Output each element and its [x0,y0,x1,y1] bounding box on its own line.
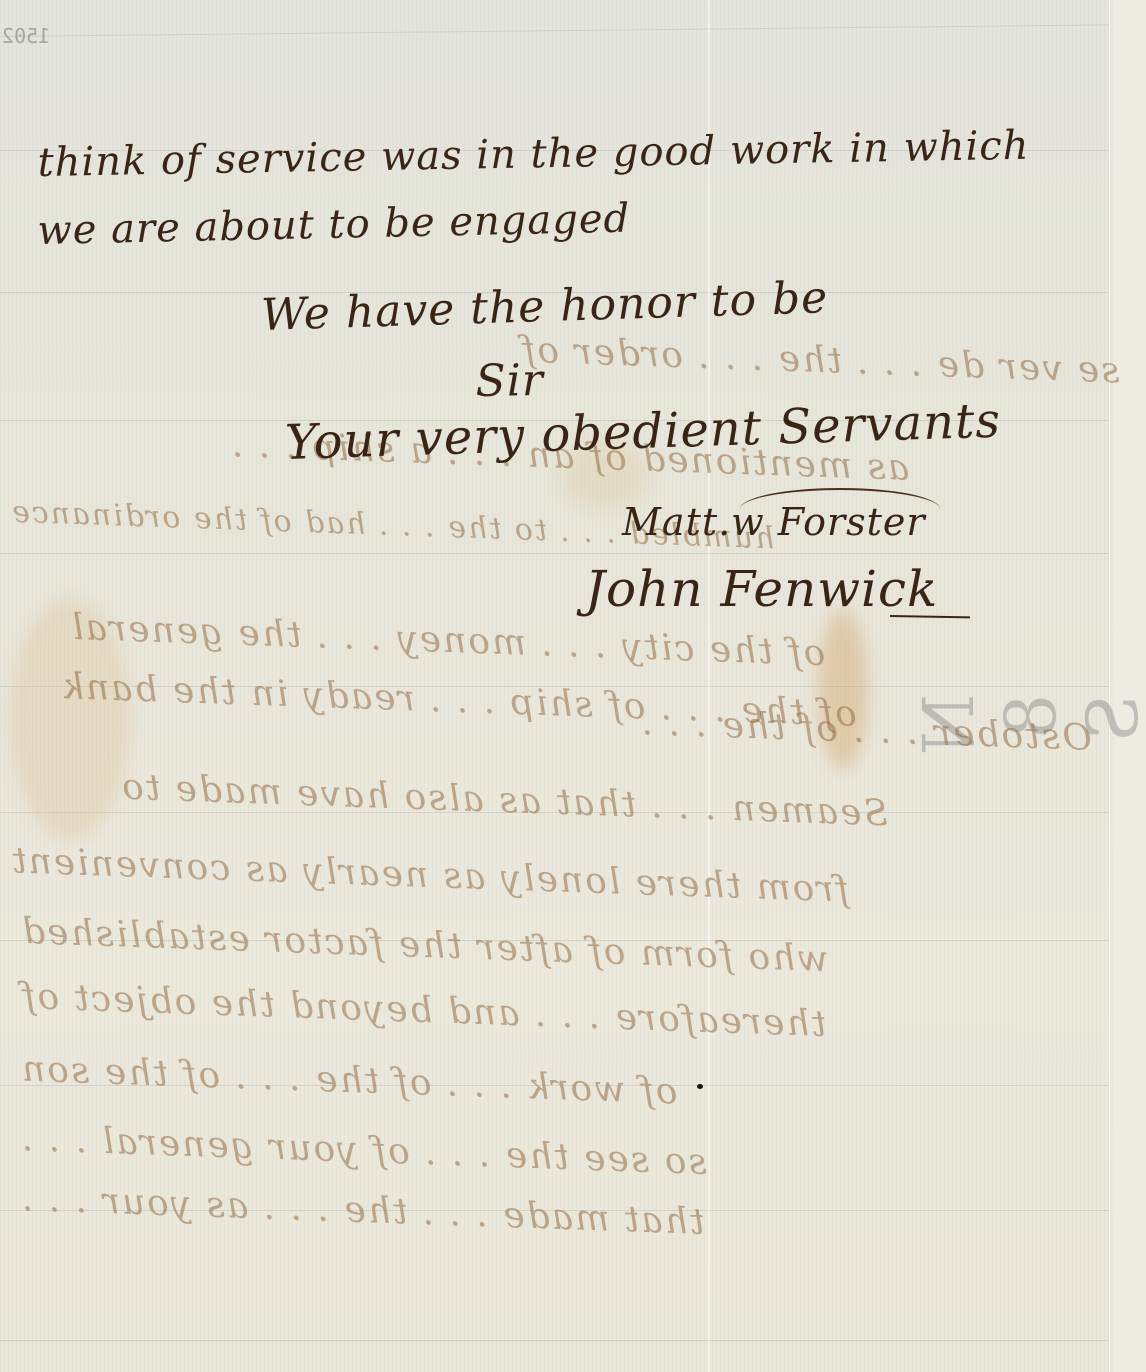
bleed-through-line: from there lonely as nearly as convenien… [10,840,850,910]
bleed-through-line: of work . . . of the . . . of the son [19,1049,678,1113]
bleed-through-line: that made . . . the . . . as your . . . [19,1178,705,1243]
closing-salutation: Sir [475,355,544,407]
letter-body-line: we are about to be engaged [37,196,631,254]
ruled-line [0,553,1110,554]
paper-edge [1109,0,1146,1372]
letter-body-line: think of service was in the good work in… [37,123,1030,186]
signature-forster: Matt.w Forster [622,500,926,544]
ruled-line [0,24,1110,37]
fold-line [708,0,710,1372]
letter-sheet: 1502 N 8 S D se ver de . . . the . . . o… [0,0,1146,1372]
closing-line: We have the honor to be [260,272,829,341]
ruled-line [0,1340,1110,1341]
signature-fenwick: John Fenwick [585,560,938,618]
bleed-through-line: thereafore . . . and beyond the object o… [20,976,827,1045]
bleed-through-line: Seamen . . . that as also have made to [120,767,889,835]
ink-speck [697,1084,703,1089]
bleed-through-line: se ver de . . . the . . . order of [519,330,1120,392]
archive-stamp: 1502 [2,24,50,48]
bleed-through-line: so see the . . . of your general . . . [19,1118,707,1183]
